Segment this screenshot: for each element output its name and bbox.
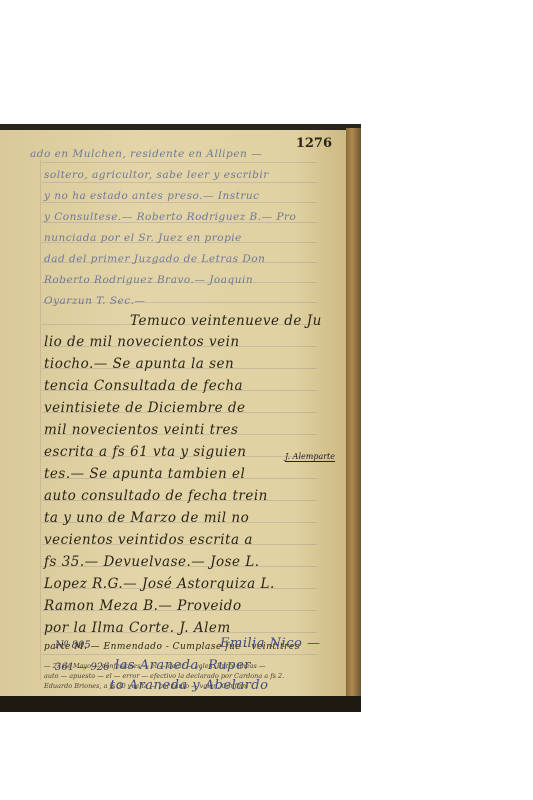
text-line: Emilia Nico — [220, 636, 320, 651]
text-line: escrita a fs 61 vta y siguien [44, 444, 246, 460]
text-line: fs 35.— Devuelvase.— Jose L. [44, 554, 260, 570]
margin-rule [40, 160, 41, 680]
text-line: dad del primer Juzgado de Letras Don [44, 253, 265, 265]
text-line: vecientos veintidos escrita a [44, 532, 253, 548]
text-line: las Araneda, Ruper [115, 658, 251, 673]
text-line: to Araneda y Abelardo [110, 678, 268, 693]
book-edge [346, 128, 361, 698]
book-bottom [0, 696, 361, 712]
text-line: Temuco veintenueve de Ju [130, 313, 322, 329]
text-line: auto consultado de fecha trein [44, 488, 268, 504]
margin-note: 361 — 926 [55, 662, 110, 673]
margin-note: Nº 805 [55, 640, 91, 651]
text-line: ado en Mulchen, residente en Allipen — [30, 148, 262, 160]
text-line: y Consultese.— Roberto Rodriguez B.— Pro [44, 211, 296, 223]
text-line: Roberto Rodriguez Bravo.— Joaquin [44, 274, 253, 286]
text-line: ta y uno de Marzo de mil no [44, 510, 249, 526]
text-line: Oyarzun T. Sec.— [44, 295, 145, 307]
text-line: tes.— Se apunta tambien el [44, 466, 245, 482]
text-line: nunciada por el Sr. Juez en propie [44, 232, 242, 244]
signature: J. Alemparte [285, 452, 335, 462]
page-number: 1276 [296, 136, 332, 151]
text-line: y no ha estado antes preso.— Instruc [44, 190, 260, 202]
text-line: Lopez R.G.— José Astorquiza L. [44, 576, 275, 592]
text-line: Ramon Meza B.— Proveido [44, 598, 242, 614]
text-line: lio de mil novecientos vein [44, 334, 240, 350]
text-line: mil novecientos veinti tres [44, 422, 238, 438]
text-line: tiocho.— Se apunta la sen [44, 356, 234, 372]
text-line: tencia Consultada de fecha [44, 378, 243, 394]
text-line: veintisiete de Diciembre de [44, 400, 246, 416]
document-photo: 1276 ado en Mulchen, residente en Allipe… [0, 124, 361, 712]
ledger-page: 1276 ado en Mulchen, residente en Allipe… [0, 130, 346, 696]
text-line: por la Ilma Corte. J. Alem [44, 620, 231, 636]
text-line: soltero, agricultor, sabe leer y escribi… [44, 169, 269, 181]
